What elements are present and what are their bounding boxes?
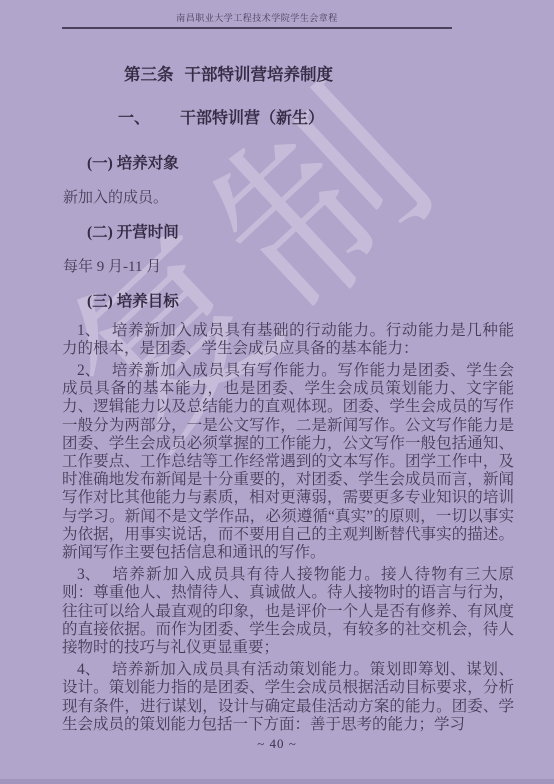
paragraph-2-number: 2、	[77, 362, 100, 380]
section-title: 第三条干部特训营培养制度	[62, 66, 514, 84]
section-title-number: 第三条	[124, 65, 174, 84]
paragraph-4-text: 培养新加入成员具有活动策划能力。策划即筹划、谋划、设计。策划能力指的是团委、学生…	[62, 661, 514, 733]
heading-training-target: (一) 培养对象	[62, 156, 514, 172]
section-title-text: 干部特训营培养制度	[185, 65, 334, 84]
page-number: ~ 40 ~	[0, 736, 554, 752]
paragraph-2: 2、培养新加入成员具有写作能力。写作能力是团委、学生会成员具备的基本能力，也是团…	[62, 362, 514, 562]
page-bottom-edge	[0, 779, 554, 784]
subsection-title-number: 一、	[118, 110, 150, 127]
paragraph-4: 4、培养新加入成员具有活动策划能力。策划即筹划、谋划、设计。策划能力指的是团委、…	[62, 661, 514, 734]
body-opening-time: 每年 9 月-11 月	[62, 260, 514, 276]
body-training-target: 新加入的成员。	[62, 191, 514, 207]
paragraph-2-text: 培养新加入成员具有写作能力。写作能力是团委、学生会成员具备的基本能力，也是团委、…	[62, 362, 514, 561]
document-page: 复制 南昌职业大学工程技术学院学生会章程 第三条干部特训营培养制度 一、干部特训…	[0, 0, 554, 784]
document-content: 第三条干部特训营培养制度 一、干部特训营（新生） (一) 培养对象 新加入的成员…	[62, 58, 514, 734]
heading-opening-time: (二) 开营时间	[62, 225, 514, 241]
page-header: 南昌职业大学工程技术学院学生会章程	[62, 11, 452, 29]
subsection-title: 一、干部特训营（新生）	[62, 110, 514, 128]
paragraph-3-text: 培养新加入成员具有待人接物能力。接人待物有三大原则：尊重他人、热情待人、真诚做人…	[62, 566, 514, 656]
paragraph-1-text: 培养新加入成员具有基础的行动能力。行动能力是几种能力的根本，是团委、学生会成员应…	[62, 322, 514, 357]
heading-training-goal: (三) 培养目标	[62, 294, 514, 310]
paragraph-3-number: 3、	[77, 566, 100, 584]
paragraph-3: 3、培养新加入成员具有待人接物能力。接人待物有三大原则：尊重他人、热情待人、真诚…	[62, 566, 514, 657]
paragraph-1: 1、培养新加入成员具有基础的行动能力。行动能力是几种能力的根本，是团委、学生会成…	[62, 322, 514, 358]
subsection-title-text: 干部特训营（新生）	[180, 110, 324, 127]
paragraph-1-number: 1、	[77, 322, 100, 340]
paragraph-4-number: 4、	[77, 661, 100, 679]
